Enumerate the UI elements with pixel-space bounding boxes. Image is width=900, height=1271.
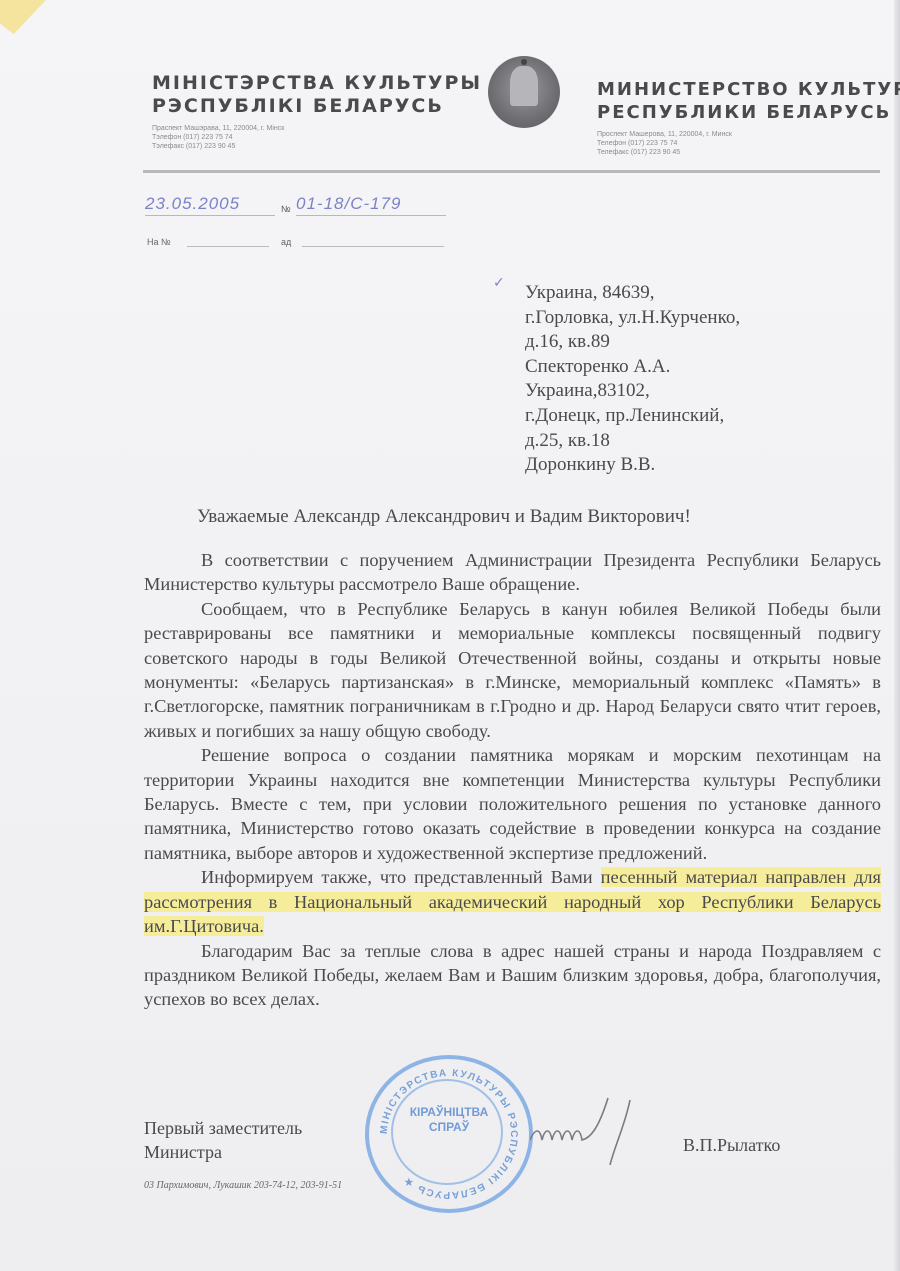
reference-number: 01-18/С-179 (296, 194, 446, 216)
letter-page: МІНІСТЭРСТВА КУЛЬТУРЫ РЭСПУБЛІКІ БЕЛАРУС… (0, 0, 900, 1271)
reference-date: 23.05.2005 (145, 194, 275, 216)
from-date-blank (302, 246, 444, 247)
letterhead-address: Праспект Машэрава, 11, 220004, г. Мінск (152, 124, 482, 133)
letterhead-fax: Телефакс (017) 223 90 45 (597, 148, 900, 157)
in-reply-to-blank (187, 246, 269, 247)
letterhead-fax: Тэлефакс (017) 223 90 45 (152, 142, 482, 151)
signatory-title-line1: Первый заместитель (144, 1116, 302, 1140)
reference-number-label: № (281, 204, 291, 214)
address-line: д.25, кв.18 (525, 429, 740, 454)
letterhead-belarusian: МІНІСТЭРСТВА КУЛЬТУРЫ РЭСПУБЛІКІ БЕЛАРУС… (152, 72, 482, 151)
letterhead-phone: Телефон (017) 223 75 74 (597, 139, 900, 148)
signatory-title-line2: Министра (144, 1140, 302, 1164)
check-mark-icon: ✓ (493, 275, 505, 291)
address-line: д.16, кв.89 (525, 330, 740, 355)
corner-highlight-mark (0, 0, 46, 34)
executor-contact: 03 Пархимович, Лукашик 203-74-12, 203-91… (144, 1180, 342, 1191)
paragraph: Решение вопроса о создании памятника мор… (144, 743, 881, 865)
paragraph: В соответствии с поручением Администраци… (144, 548, 881, 597)
recipient-address: Украина, 84639, г.Горловка, ул.Н.Курченк… (525, 281, 740, 478)
letterhead-address: Проспект Машерова, 11, 220004, г. Минск (597, 130, 900, 139)
stamp-center-line2: СПРАЎ (369, 1120, 529, 1135)
letterhead-divider (143, 170, 880, 173)
address-line: Доронкину В.В. (525, 453, 740, 478)
address-line: Украина, 84639, (525, 281, 740, 306)
address-line: Спекторенко А.А. (525, 355, 740, 380)
official-stamp-icon: МІНІСТЭРСТВА КУЛЬТУРЫ РЭСПУБЛІКІ БЕЛАРУС… (365, 1055, 533, 1213)
paragraph: Благодарим Вас за теплые слова в адрес н… (144, 939, 881, 1012)
stamp-center-text: КІРАЎНІЦТВА СПРАЎ (369, 1105, 529, 1135)
signatory-name: В.П.Рылатко (683, 1135, 780, 1156)
paragraph: Сообщаем, что в Республике Беларусь в ка… (144, 597, 881, 743)
state-emblem-icon (488, 56, 560, 128)
from-date-label: ад (281, 237, 291, 247)
letterhead-title-line2: РЕСПУБЛИКИ БЕЛАРУСЬ (597, 101, 900, 124)
address-line: г.Донецк, пр.Ленинский, (525, 404, 740, 429)
address-line: г.Горловка, ул.Н.Курченко, (525, 306, 740, 331)
emblem-star-icon (521, 59, 527, 65)
letterhead-title-line1: МІНІСТЭРСТВА КУЛЬТУРЫ (152, 72, 482, 95)
stamp-center-line1: КІРАЎНІЦТВА (369, 1105, 529, 1120)
salutation: Уважаемые Александр Александрович и Вади… (197, 506, 691, 528)
page-edge-shadow (894, 0, 900, 1271)
letterhead-phone: Тэлефон (017) 223 75 74 (152, 133, 482, 142)
address-line: Украина,83102, (525, 379, 740, 404)
in-reply-to-label: На № (147, 237, 171, 247)
letterhead-russian: МИНИСТЕРСТВО КУЛЬТУРЫ РЕСПУБЛИКИ БЕЛАРУС… (597, 78, 900, 157)
letterhead-title-line2: РЭСПУБЛІКІ БЕЛАРУСЬ (152, 95, 482, 118)
paragraph-text: Информируем также, что представленный Ва… (201, 867, 601, 887)
handwritten-signature-icon (530, 1095, 660, 1165)
paragraph: Информируем также, что представленный Ва… (144, 865, 881, 938)
signatory-title: Первый заместитель Министра (144, 1116, 302, 1164)
emblem-map-icon (510, 66, 538, 106)
letterhead-title-line1: МИНИСТЕРСТВО КУЛЬТУРЫ (597, 78, 900, 101)
letter-body: В соответствии с поручением Администраци… (144, 548, 881, 1012)
